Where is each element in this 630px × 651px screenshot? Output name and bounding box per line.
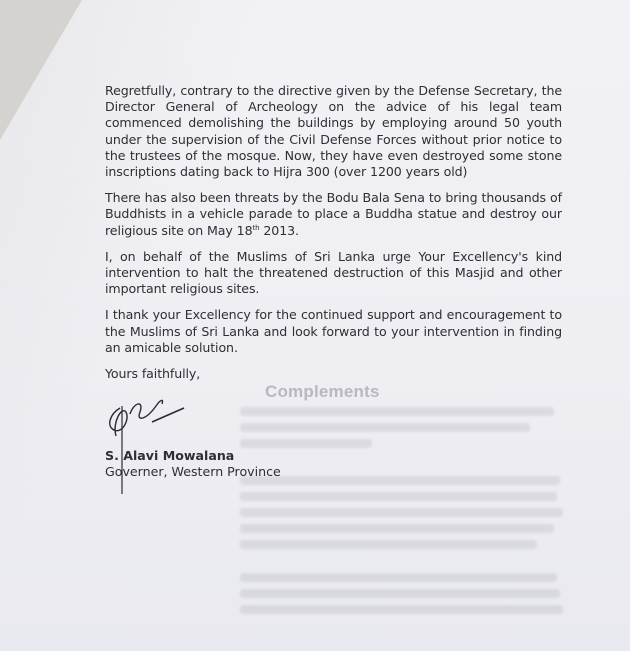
paragraph-threats: There has also been threats by the Bodu … bbox=[105, 190, 562, 239]
signer-title: Governer, Western Province bbox=[105, 464, 281, 480]
signer-block: S. Alavi Mowalana Governer, Western Prov… bbox=[105, 448, 281, 480]
paragraph-appeal: I, on behalf of the Muslims of Sri Lanka… bbox=[105, 249, 562, 298]
signer-name: S. Alavi Mowalana bbox=[105, 448, 281, 464]
letter-body: Regretfully, contrary to the directive g… bbox=[105, 83, 562, 392]
closing-salutation: Yours faithfully, bbox=[105, 366, 562, 382]
reverse-side-show-through bbox=[240, 400, 570, 651]
handwritten-signature-icon bbox=[100, 392, 190, 502]
paragraph-thanks: I thank your Excellency for the continue… bbox=[105, 307, 562, 356]
complements-stamp: Complements bbox=[265, 382, 380, 402]
paragraph-demolition: Regretfully, contrary to the directive g… bbox=[105, 83, 562, 180]
